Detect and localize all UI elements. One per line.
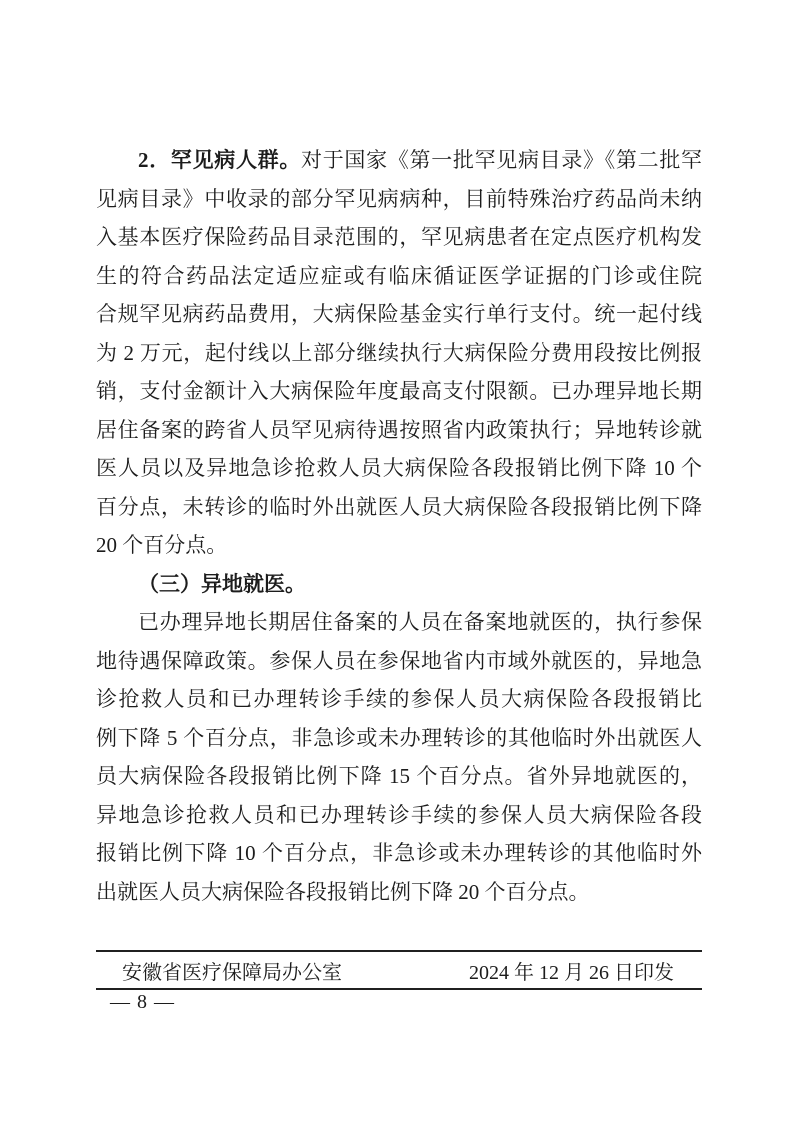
body-line: 居住备案的跨省人员罕见病待遇按照省内政策执行；异地转诊就 (96, 411, 702, 450)
paragraph-lead: 2．罕见病人群。 (138, 148, 301, 172)
body-line: 入基本医疗保险药品目录范围的，罕见病患者在定点医疗机构发 (96, 218, 702, 257)
body-line: 见病目录》中收录的部分罕见病病种，目前特殊治疗药品尚未纳 (96, 180, 702, 219)
footer-issuer: 安徽省医疗保障局办公室 (122, 956, 342, 985)
document-page: 2．罕见病人群。对于国家《第一批罕见病目录》《第二批罕见病目录》中收录的部分罕见… (0, 0, 794, 1122)
body-line: 出就医人员大病保险各段报销比例下降 20 个百分点。 (96, 873, 702, 912)
page-number: — 8 — (110, 991, 175, 1014)
footer-rule-top (96, 950, 702, 952)
body-line: 诊抢救人员和已办理转诊手续的参保人员大病保险各段报销比 (96, 680, 702, 719)
body-line: 为 2 万元，起付线以上部分继续执行大病保险分费用段按比例报 (96, 334, 702, 373)
heading-line: （三）异地就医。 (96, 565, 702, 604)
body-line: 销，支付金额计入大病保险年度最高支付限额。已办理异地长期 (96, 372, 702, 411)
footer-print-date: 2024 年 12 月 26 日印发 (469, 956, 674, 985)
body-line: 地待遇保障政策。参保人员在参保地省内市域外就医的，异地急 (96, 642, 702, 681)
body-line: 报销比例下降 10 个百分点，非急诊或未办理转诊的其他临时外 (96, 834, 702, 873)
body-line: 员大病保险各段报销比例下降 15 个百分点。省外异地就医的， (96, 757, 702, 796)
body-line: 2．罕见病人群。对于国家《第一批罕见病目录》《第二批罕 (96, 141, 702, 180)
body-line: 百分点，未转诊的临时外出就医人员大病保险各段报销比例下降 (96, 488, 702, 527)
body-line: 生的符合药品法定适应症或有临床循证医学证据的门诊或住院 (96, 257, 702, 296)
body-line: 20 个百分点。 (96, 526, 702, 565)
body-line: 已办理异地长期居住备案的人员在备案地就医的，执行参保 (96, 603, 702, 642)
document-body: 2．罕见病人群。对于国家《第一批罕见病目录》《第二批罕见病目录》中收录的部分罕见… (96, 141, 702, 911)
body-line: 合规罕见病药品费用，大病保险基金实行单行支付。统一起付线 (96, 295, 702, 334)
footer: 安徽省医疗保障局办公室 2024 年 12 月 26 日印发 (96, 953, 702, 987)
body-line: 医人员以及异地急诊抢救人员大病保险各段报销比例下降 10 个 (96, 449, 702, 488)
footer-rule-bottom (96, 988, 702, 990)
body-line: 例下降 5 个百分点，非急诊或未办理转诊的其他临时外出就医人 (96, 719, 702, 758)
body-line: 异地急诊抢救人员和已办理转诊手续的参保人员大病保险各段 (96, 796, 702, 835)
